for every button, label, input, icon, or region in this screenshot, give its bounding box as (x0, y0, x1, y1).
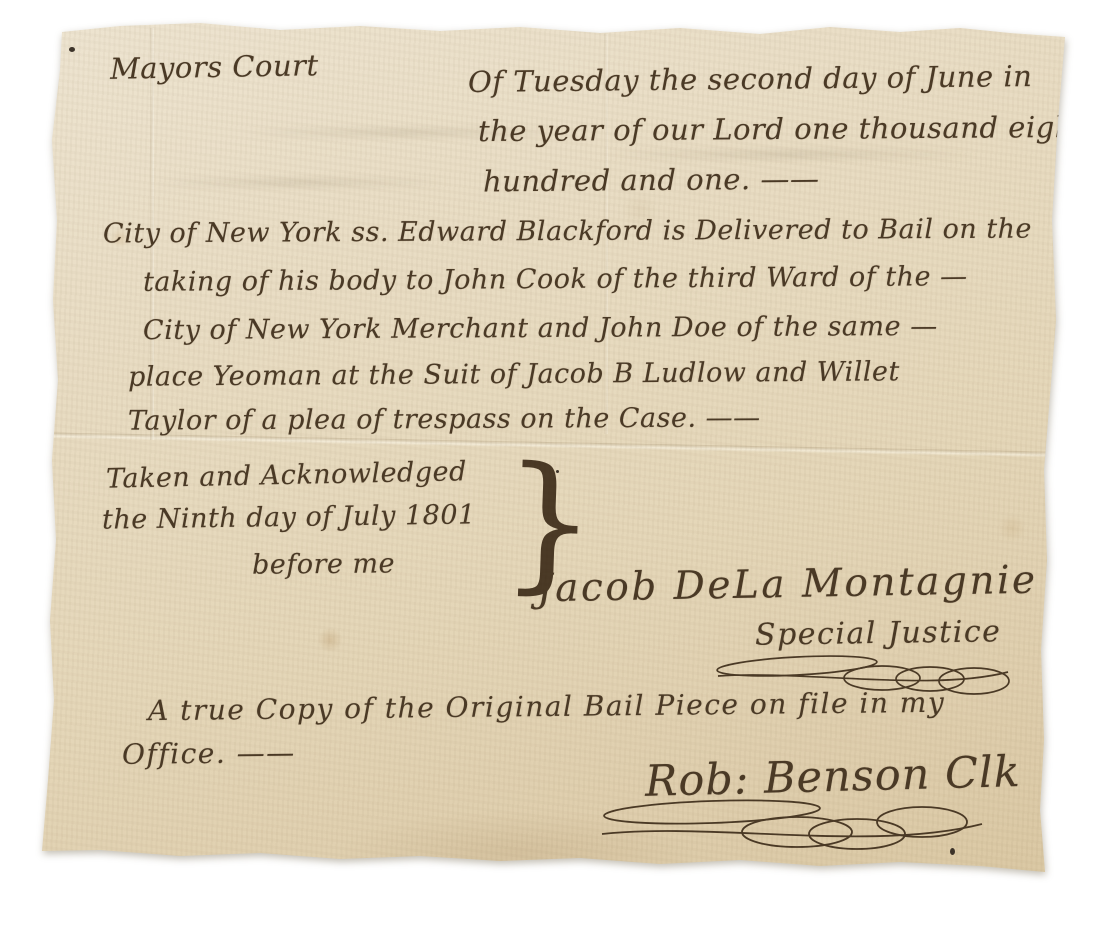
acknowledgment-brace: } (499, 446, 598, 597)
horizontal-fold-crease (40, 432, 1055, 457)
vertical-fold-crease (150, 28, 154, 440)
date-clause-line: the year of our Lord one thousand eight (478, 110, 1086, 148)
date-clause-line: Of Tuesday the second day of June in (468, 59, 1033, 99)
date-clause-line: hundred and one. —— (483, 162, 820, 199)
ink-showthrough (600, 150, 980, 159)
ink-speck (556, 470, 559, 473)
paper-sheet: Mayors Court Of Tuesday the second day o… (0, 0, 1100, 942)
certification-line: A true Copy of the Original Bail Piece o… (148, 686, 946, 727)
justice-signature: Jacob DeLa Montagnie (537, 558, 1038, 612)
clerk-signature-flourish (592, 796, 992, 858)
justice-title: Special Justice (755, 614, 1002, 652)
ink-showthrough (150, 178, 450, 187)
justice-signature-flourish (712, 648, 1012, 706)
body-line: City of New York ss. Edward Blackford is… (103, 214, 1032, 250)
body-line: taking of his body to John Cook of the t… (143, 261, 968, 298)
court-title: Mayors Court (110, 48, 319, 86)
acknowledgment-line: the Ninth day of July 1801 (102, 499, 476, 535)
body-line: Taylor of a plea of trespass on the Case… (128, 402, 761, 436)
ink-showthrough (240, 128, 570, 137)
acknowledgment-line: before me (252, 548, 395, 580)
clerk-signature: Rob: Benson Clk (644, 747, 1021, 807)
certification-line: Office. —— (122, 736, 296, 771)
vertical-fold-crease (604, 34, 608, 434)
ink-speck (950, 848, 955, 855)
ink-speck (69, 47, 75, 52)
paper-surface: Mayors Court Of Tuesday the second day o… (0, 0, 1100, 942)
body-line: City of New York Merchant and John Doe o… (143, 311, 938, 346)
document-scan: Mayors Court Of Tuesday the second day o… (0, 0, 1100, 942)
body-line: place Yeoman at the Suit of Jacob B Ludl… (128, 356, 900, 392)
acknowledgment-line: Taken and Acknowledged (106, 456, 467, 495)
